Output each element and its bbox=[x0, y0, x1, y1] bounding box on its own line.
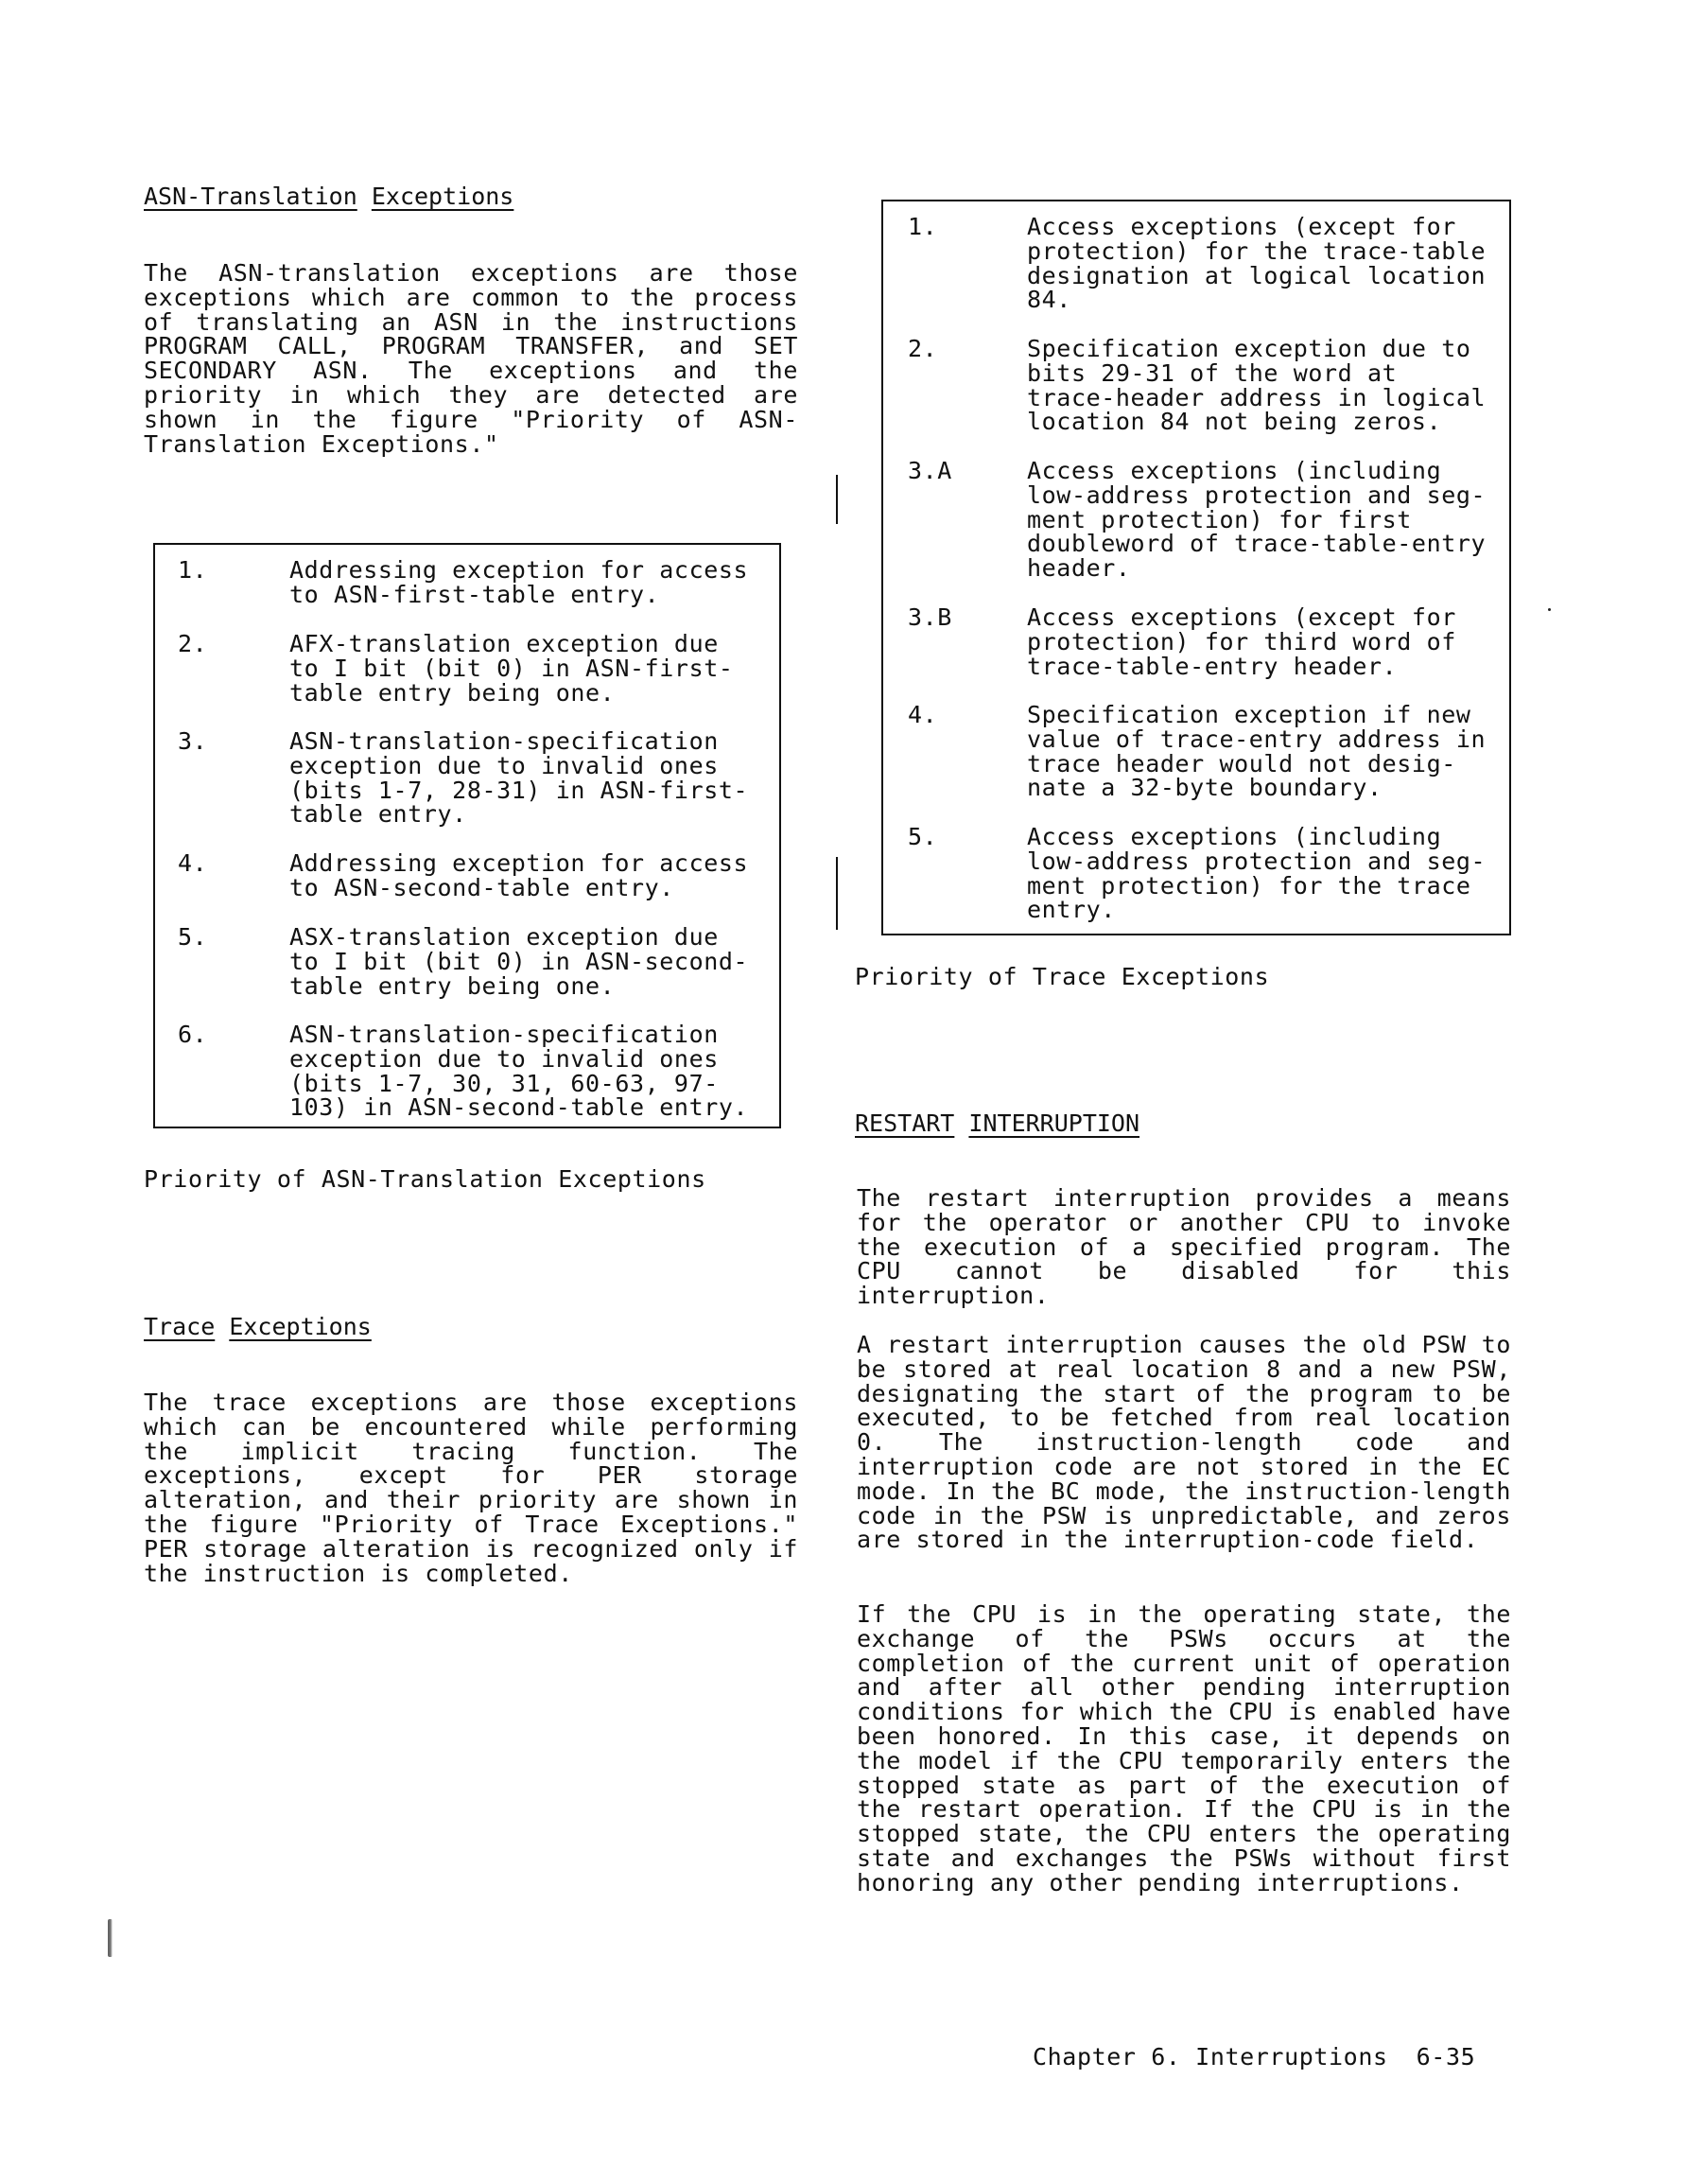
section-heading-asn-translation-exceptions: ASN-Translation Exceptions bbox=[144, 183, 513, 211]
priority-number: 5. bbox=[178, 925, 207, 950]
priority-number: 5. bbox=[908, 825, 937, 849]
priority-number: 4. bbox=[178, 851, 207, 876]
priority-description: Access exceptions (except for protection… bbox=[1027, 215, 1486, 312]
heading-word: INTERRUPTION bbox=[968, 1109, 1139, 1137]
priority-description: Access exceptions (including low-address… bbox=[1027, 825, 1486, 922]
priority-number: 3.A bbox=[908, 459, 952, 483]
heading-word: RESTART bbox=[855, 1109, 954, 1137]
restart-paragraph-1: The restart interruption provides a mean… bbox=[857, 1186, 1511, 1308]
section-heading-trace-exceptions: Trace Exceptions bbox=[144, 1313, 372, 1341]
restart-paragraph-3: If the CPU is in the operating state, th… bbox=[857, 1602, 1511, 1896]
priority-number: 2. bbox=[178, 632, 207, 656]
heading-word: Exceptions bbox=[229, 1313, 372, 1340]
priority-number: 3.B bbox=[908, 605, 952, 630]
heading-word: Trace bbox=[144, 1313, 215, 1340]
priority-description: Addressing exception for access to ASN-s… bbox=[289, 851, 748, 900]
heading-word: Exceptions bbox=[372, 183, 514, 210]
revision-change-bar bbox=[836, 857, 838, 930]
priority-description: ASN-translation-specification exception … bbox=[289, 729, 748, 827]
figure-priority-trace: 1. Access exceptions (except for protect… bbox=[881, 200, 1511, 935]
revision-change-bar bbox=[836, 475, 838, 524]
priority-description: AFX-translation exception due to I bit (… bbox=[289, 632, 734, 705]
priority-number: 1. bbox=[178, 558, 207, 583]
figure-caption-asn-translation: Priority of ASN-Translation Exceptions bbox=[144, 1165, 706, 1194]
priority-number: 1. bbox=[908, 215, 937, 239]
figure-priority-asn-translation: 1. Addressing exception for access to AS… bbox=[153, 543, 781, 1128]
priority-description: Addressing exception for access to ASN-f… bbox=[289, 558, 748, 607]
footer-page-number: 6-35 bbox=[1417, 2043, 1476, 2070]
priority-number: 6. bbox=[178, 1022, 207, 1047]
priority-number: 2. bbox=[908, 337, 937, 361]
priority-description: Access exceptions (including low-address… bbox=[1027, 459, 1486, 581]
priority-number: 3. bbox=[178, 729, 207, 754]
priority-description: ASX-translation exception due to I bit (… bbox=[289, 925, 748, 998]
asn-translation-paragraph: The ASN-translation exceptions are those… bbox=[144, 261, 798, 456]
priority-description: Specification exception due to bits 29-3… bbox=[1027, 337, 1486, 434]
section-heading-restart-interruption: RESTART INTERRUPTION bbox=[855, 1109, 1139, 1138]
heading-word: ASN-Translation bbox=[144, 183, 357, 210]
restart-paragraph-2: A restart interruption causes the old PS… bbox=[857, 1333, 1511, 1552]
priority-description: ASN-translation-specification exception … bbox=[289, 1022, 748, 1120]
priority-number: 4. bbox=[908, 703, 937, 727]
trace-exceptions-paragraph: The trace exceptions are those exception… bbox=[144, 1390, 798, 1585]
page-footer: Chapter 6. Interruptions6-35 bbox=[1033, 2043, 1475, 2071]
footer-chapter-title: Chapter 6. Interruptions bbox=[1033, 2043, 1388, 2070]
priority-description: Access exceptions (except for protection… bbox=[1027, 605, 1456, 678]
figure-caption-trace: Priority of Trace Exceptions bbox=[855, 963, 1269, 991]
scan-artifact bbox=[1548, 608, 1551, 611]
scan-artifact bbox=[108, 1919, 113, 1957]
priority-description: Specification exception if new value of … bbox=[1027, 703, 1486, 800]
